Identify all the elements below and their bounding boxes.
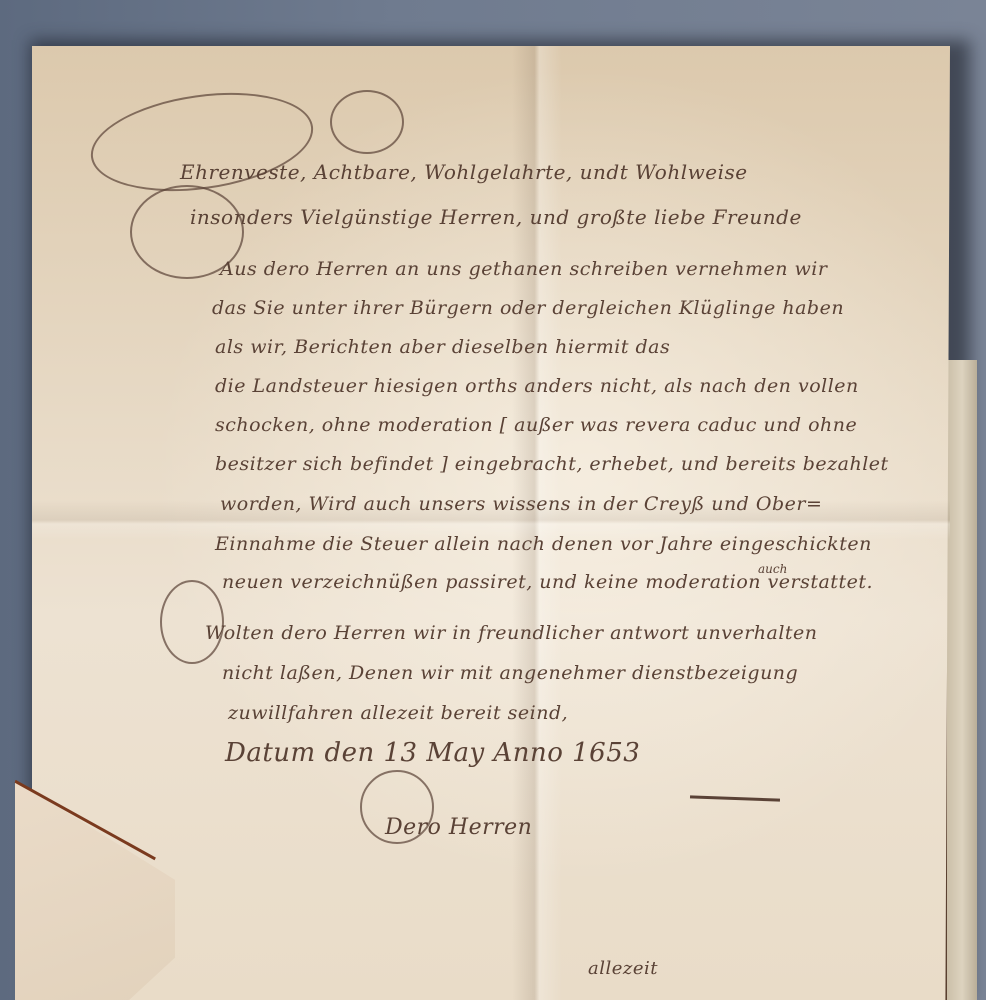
closing-line-2: nicht laßen, Denen wir mit angenehmer di…	[222, 662, 798, 684]
salutation-line-2: insonders Vielgünstige Herren, und großt…	[190, 205, 802, 229]
body-line-5: schocken, ohne moderation [ außer was re…	[215, 414, 857, 436]
closing-line-1: Wolten dero Herren wir in freundlicher a…	[205, 622, 818, 644]
date-line: Datum den 13 May Anno 1653	[225, 738, 640, 768]
signature-rule	[690, 795, 780, 801]
body-line-3: als wir, Berichten aber dieselben hiermi…	[215, 336, 670, 358]
salutation-line-1: Ehrenveste, Achtbare, Wohlgelahrte, undt…	[180, 160, 748, 184]
interlinear-correction: auch	[758, 562, 787, 576]
closing-line-3: zuwillfahren allezeit bereit seind,	[228, 702, 568, 724]
body-line-7: worden, Wird auch unsers wissens in der …	[220, 493, 822, 515]
body-line-2: das Sie unter ihrer Bürgern oder derglei…	[212, 297, 844, 319]
signature: Dero Herren	[385, 815, 532, 840]
body-line-1: Aus dero Herren an uns gethanen schreibe…	[220, 258, 827, 280]
footer-note: allezeit	[588, 958, 658, 979]
body-line-8: Einnahme die Steuer allein nach denen vo…	[215, 533, 872, 555]
initial-flourish-e	[85, 80, 320, 204]
body-line-6: besitzer sich befindet ] eingebracht, er…	[215, 453, 889, 475]
letter-content: Ehrenveste, Achtbare, Wohlgelahrte, undt…	[0, 0, 986, 1000]
body-line-4: die Landsteuer hiesigen orths anders nic…	[215, 375, 859, 397]
initial-flourish-a	[330, 90, 404, 154]
